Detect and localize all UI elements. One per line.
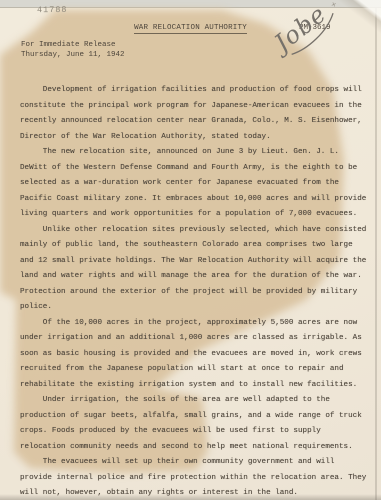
press-release-body: Development of irrigation facilities and… xyxy=(20,83,368,500)
document-title-text: WAR RELOCATION AUTHORITY xyxy=(134,24,247,34)
scanned-press-release: 41788 × WAR RELOCATION AUTHORITY PM-3619… xyxy=(0,0,381,500)
paragraph: The evacuees will set up their own commu… xyxy=(20,455,368,500)
paragraph: Unlike other relocation sites previously… xyxy=(20,223,368,316)
paragraph: Development of irrigation facilities and… xyxy=(20,83,368,145)
release-line: For Immediate Release xyxy=(21,41,125,51)
paragraph: Under irrigation, the soils of the area … xyxy=(20,393,368,455)
paragraph: The new relocation site, announced on Ju… xyxy=(20,145,368,223)
release-block: For Immediate Release Thursday, June 11,… xyxy=(21,41,125,61)
reference-number: 41788 xyxy=(37,5,68,15)
release-date-line: Thursday, June 11, 1942 xyxy=(21,51,125,61)
paragraph: Of the 10,000 acres in the project, appr… xyxy=(20,316,368,394)
